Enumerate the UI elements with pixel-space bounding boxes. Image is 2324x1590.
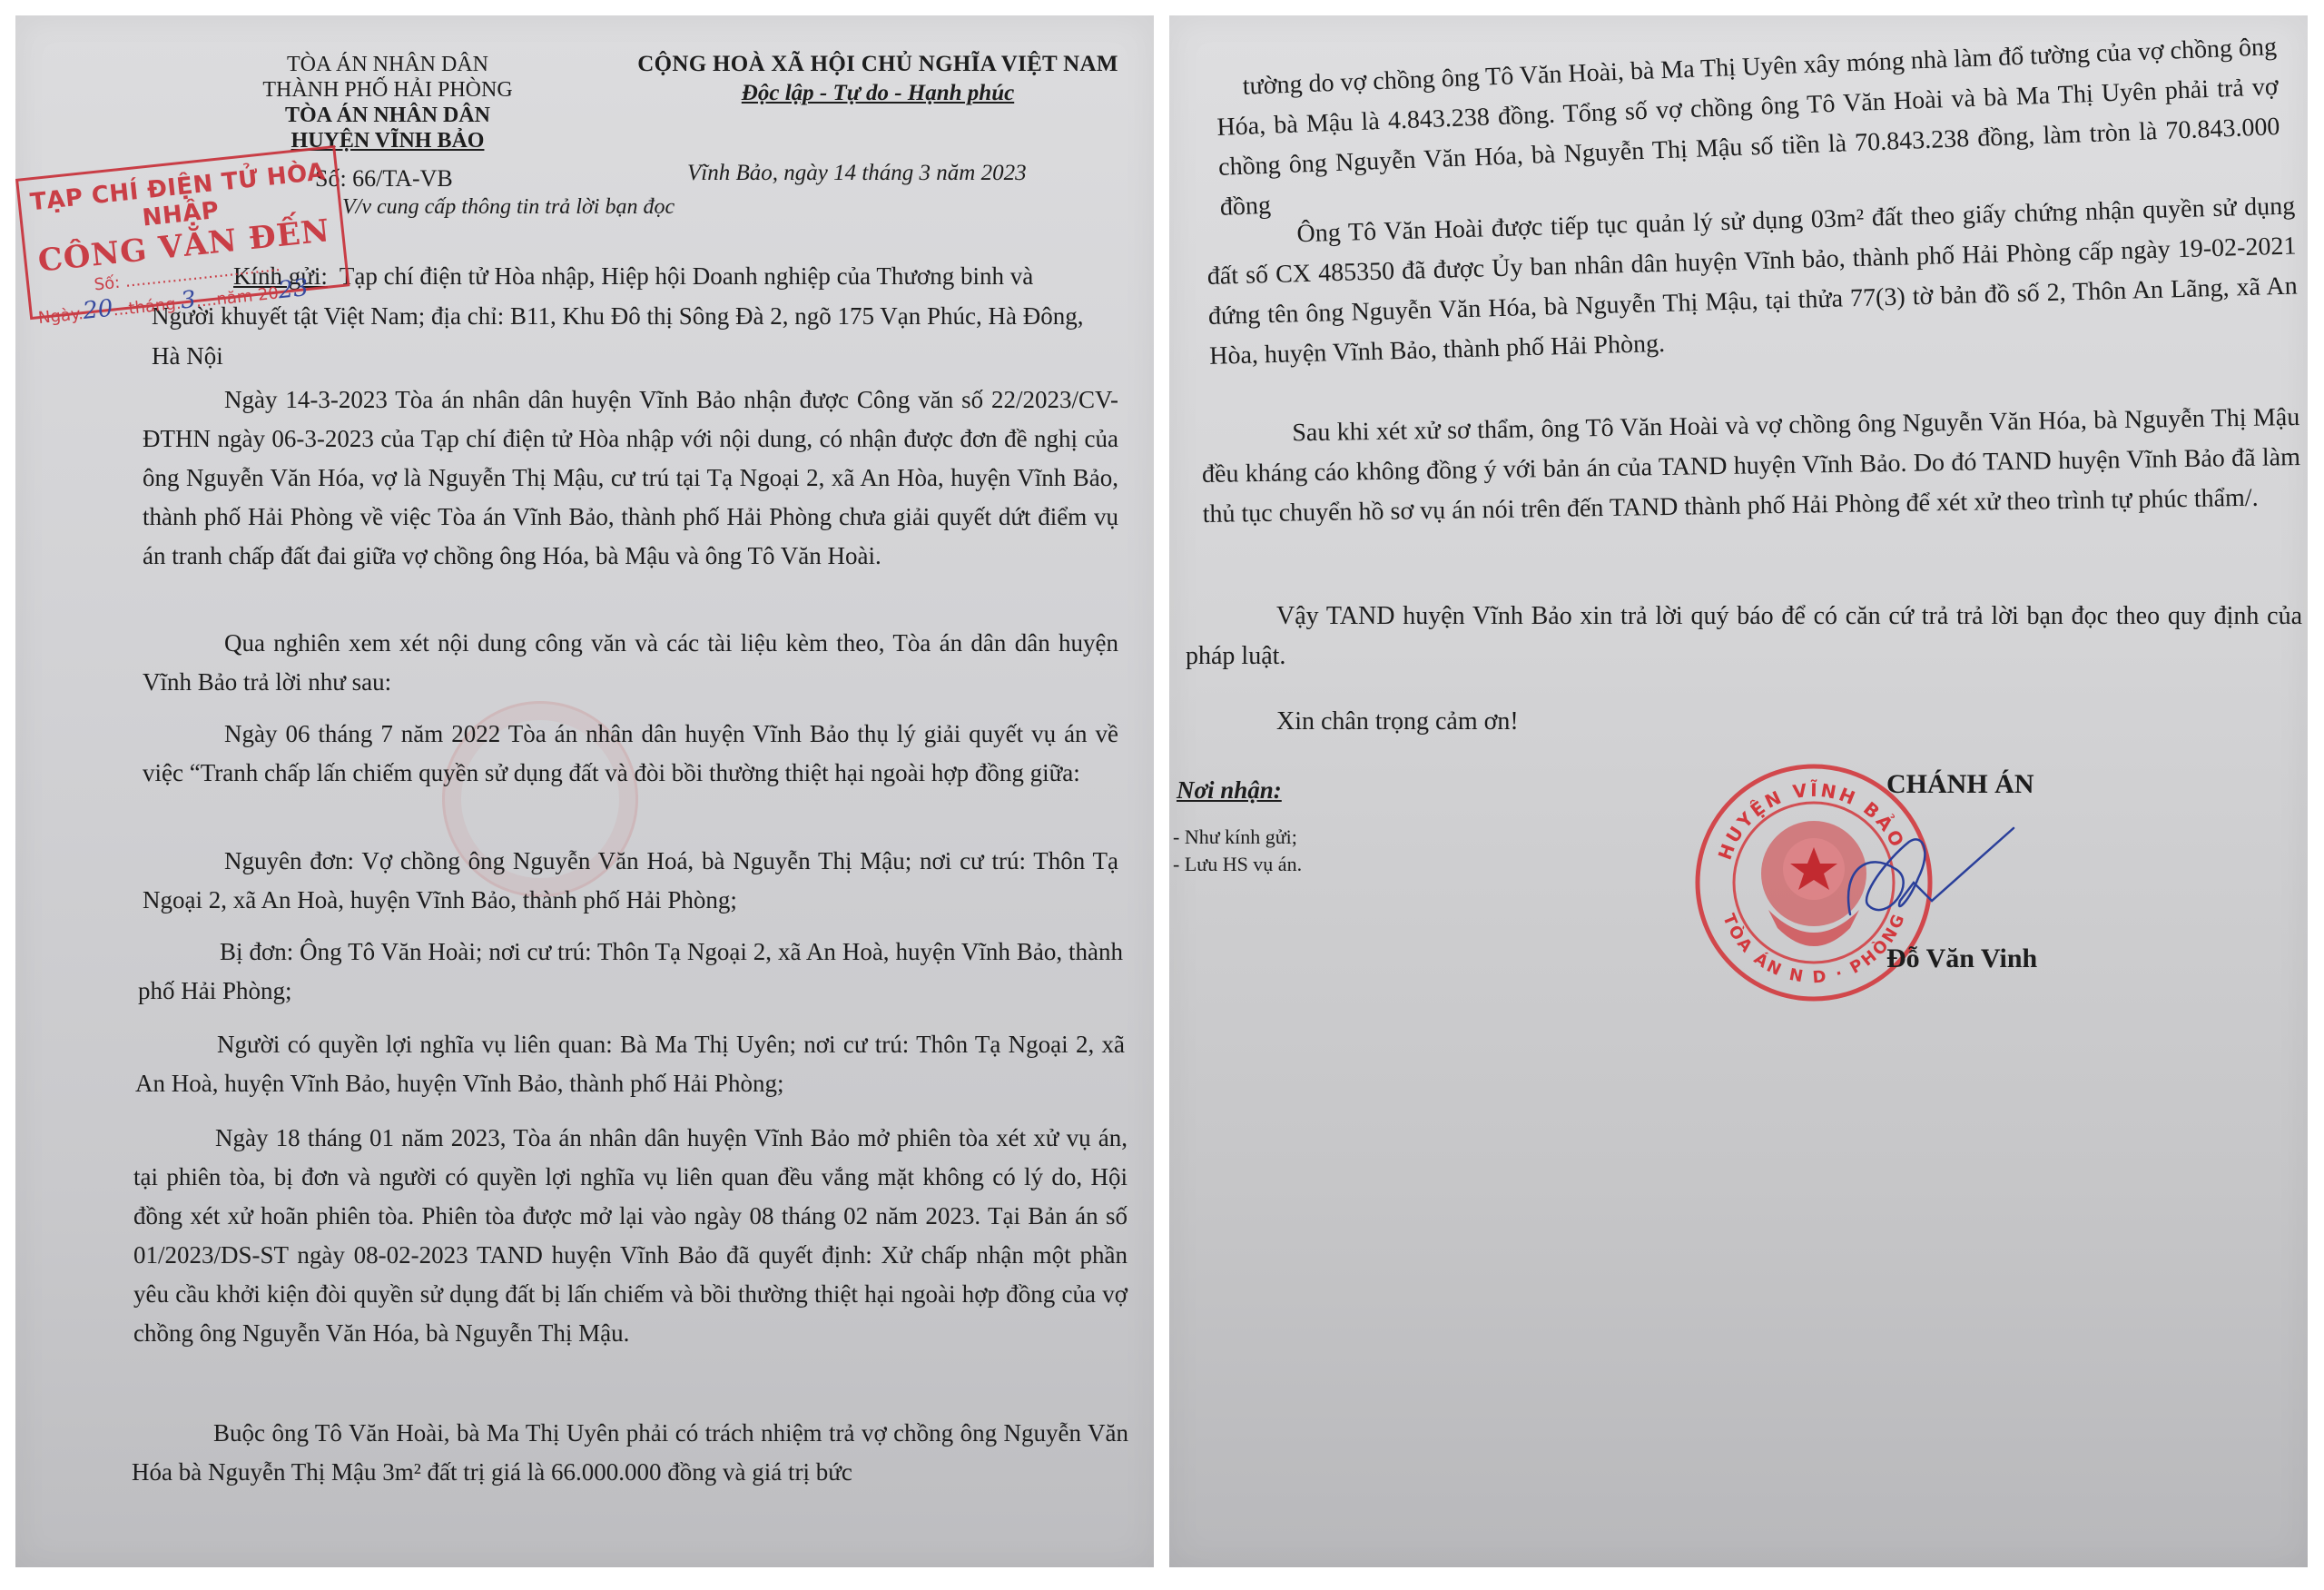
authority-line-1: TÒA ÁN NHÂN DÂN bbox=[224, 52, 551, 77]
authority-line-2: THÀNH PHỐ HẢI PHÒNG bbox=[224, 77, 551, 103]
paragraph-text: Ngày 06 tháng 7 năm 2022 Tòa án nhân dân… bbox=[143, 720, 1118, 786]
national-motto: Độc lập - Tự do - Hạnh phúc bbox=[615, 81, 1141, 106]
paragraph: Vậy TAND huyện Vĩnh Bảo xin trả lời quý … bbox=[1186, 597, 2302, 676]
stamp-day: 20 bbox=[82, 295, 114, 325]
recipient-item: - Như kính gửi; bbox=[1173, 824, 1302, 851]
paragraph: Ngày 18 tháng 01 năm 2023, Tòa án nhân d… bbox=[133, 1119, 1128, 1353]
paragraph: Ông Tô Văn Hoài được tiếp tục quản lý sử… bbox=[1206, 186, 2299, 376]
letter-page-2: tường do vợ chồng ông Tô Văn Hoài, bà Ma… bbox=[1169, 15, 2308, 1567]
authority-line-3: TÒA ÁN NHÂN DÂN bbox=[224, 103, 551, 128]
issuing-authority: TÒA ÁN NHÂN DÂN THÀNH PHỐ HẢI PHÒNG TÒA … bbox=[224, 52, 551, 153]
paragraph-text: Ông Tô Văn Hoài được tiếp tục quản lý sử… bbox=[1206, 192, 2298, 370]
stamp-month: 3 bbox=[180, 286, 198, 315]
paragraph-text: Sau khi xét xử sơ thẩm, ông Tô Văn Hoài … bbox=[1202, 403, 2300, 528]
paragraph: Bị đơn: Ông Tô Văn Hoài; nơi cư trú: Thô… bbox=[138, 933, 1123, 1011]
stamp-date-prefix: Ngày. bbox=[37, 304, 84, 328]
place-and-date: Vĩnh Bảo, ngày 14 tháng 3 năm 2023 bbox=[687, 161, 1027, 186]
recipient-item: - Lưu HS vụ án. bbox=[1173, 851, 1302, 878]
paragraph-text: Buộc ông Tô Văn Hoài, bà Ma Thị Uyên phả… bbox=[132, 1419, 1128, 1486]
paragraph-text: Xin chân trọng cảm ơn! bbox=[1276, 707, 1519, 736]
incoming-document-stamp: TẠP CHÍ ĐIỆN TỬ HÒA NHẬP CÔNG VĂN ĐẾN Số… bbox=[15, 145, 350, 320]
paragraph-text: Ngày 18 tháng 01 năm 2023, Tòa án nhân d… bbox=[133, 1124, 1128, 1347]
signer-title: CHÁNH ÁN bbox=[1886, 769, 2034, 800]
paragraph-text: Nguyên đơn: Vợ chồng ông Nguyễn Văn Hoá,… bbox=[143, 847, 1118, 914]
paragraph: Ngày 14-3-2023 Tòa án nhân dân huyện Vĩn… bbox=[143, 380, 1118, 576]
paragraph: Buộc ông Tô Văn Hoài, bà Ma Thị Uyên phả… bbox=[132, 1414, 1128, 1492]
paragraph-text: Qua nghiên xem xét nội dung công văn và … bbox=[143, 629, 1118, 696]
recipients-label: Nơi nhận: bbox=[1177, 776, 1282, 805]
paragraph: Sau khi xét xử sơ thẩm, ông Tô Văn Hoài … bbox=[1201, 398, 2301, 535]
closing-line: Xin chân trọng cảm ơn! bbox=[1186, 702, 2302, 742]
paragraph-text: Ngày 14-3-2023 Tòa án nhân dân huyện Vĩn… bbox=[143, 386, 1118, 569]
stamp-year: 23 bbox=[277, 274, 310, 304]
paragraph-text: Người có quyền lợi nghĩa vụ liên quan: B… bbox=[135, 1031, 1125, 1097]
nation-title: CỘNG HOÀ XÃ HỘI CHỦ NGHĨA VIỆT NAM bbox=[615, 52, 1141, 77]
recipients-list: - Như kính gửi; - Lưu HS vụ án. bbox=[1173, 824, 1302, 878]
authority-line-4: HUYỆN VĨNH BẢO bbox=[224, 128, 551, 153]
letter-page-1: TÒA ÁN NHÂN DÂN THÀNH PHỐ HẢI PHÒNG TÒA … bbox=[15, 15, 1154, 1567]
paragraph-text: Vậy TAND huyện Vĩnh Bảo xin trả lời quý … bbox=[1186, 602, 2302, 670]
paragraph: Người có quyền lợi nghĩa vụ liên quan: B… bbox=[135, 1025, 1125, 1103]
paragraph-text: Bị đơn: Ông Tô Văn Hoài; nơi cư trú: Thô… bbox=[138, 938, 1123, 1004]
document-subject: V/v cung cấp thông tin trả lời bạn đọc bbox=[342, 195, 675, 220]
paragraph: Ngày 06 tháng 7 năm 2022 Tòa án nhân dân… bbox=[143, 715, 1118, 793]
signer-name: Đỗ Văn Vinh bbox=[1886, 943, 2037, 974]
national-heading: CỘNG HOÀ XÃ HỘI CHỦ NGHĨA VIỆT NAM Độc l… bbox=[615, 52, 1141, 106]
signature-icon bbox=[1832, 815, 2032, 942]
paragraph: Qua nghiên xem xét nội dung công văn và … bbox=[143, 624, 1118, 702]
paragraph: Nguyên đơn: Vợ chồng ông Nguyễn Văn Hoá,… bbox=[143, 842, 1118, 920]
